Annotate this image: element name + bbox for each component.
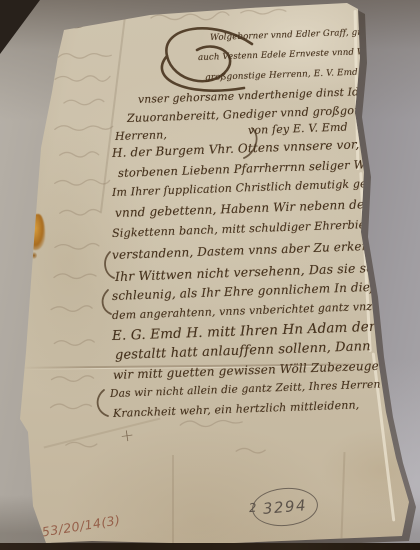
manuscript-paper: Wolgeborner vnnd Edler Graff, gnediger H…: [0, 0, 420, 550]
fold-crease-diagonal: [44, 418, 161, 448]
cross-mark: +: [119, 425, 136, 447]
archive-reference: 153/20/14(3): [32, 512, 121, 541]
fold-crease-vertical: [340, 452, 345, 538]
table-edge-shadow: [0, 543, 420, 550]
manuscript-line: Sigkettenn banch, mitt schuldiger Ehrerb…: [112, 217, 392, 240]
manuscript-line: Herrenn,: [115, 128, 167, 143]
fold-crease-vertical: [100, 15, 126, 214]
manuscript-line: Zuuoranbereitt, Gnediger vnnd großgonsti…: [127, 103, 390, 125]
fold-crease-vertical: [172, 455, 174, 543]
background-corner-shadow: [0, 0, 40, 54]
corner-folio-number: 30: [64, 9, 91, 30]
manuscript-line: auch Vestenn Edele Ernveste vnnd Wolgela…: [198, 46, 406, 63]
manuscript-line: Das wir nicht allein die gantz Zeitt, Ih…: [110, 379, 381, 400]
manuscript-line: schleunig, als Ihr Ehre gonnlichem In di…: [112, 279, 386, 303]
stamp-number: 3294: [262, 496, 308, 518]
manuscript-line: verstandenn, Dastem vnns aber Zu erkenne…: [112, 238, 393, 262]
manuscript-line: wir mitt guetten gewissen Wöll Zubezeuge…: [113, 358, 387, 382]
manuscript-line: Im Ihrer ſupplication Christlich demutig…: [112, 176, 398, 199]
manuscript-line: großgonstige Herrenn, E. V. Emd H. seind…: [205, 66, 403, 83]
wax-speck: [31, 252, 37, 259]
wax-seal-stain: [27, 214, 45, 250]
manuscript-line: von ſey E. V. Emd: [248, 121, 348, 137]
photo-of-manuscript: Wolgeborner vnnd Edler Graff, gnediger H…: [0, 0, 420, 550]
circled-number-stamp: 2 3294: [250, 485, 319, 529]
manuscript-line: Kranckheit wehr, ein hertzlich mittleide…: [113, 398, 360, 420]
manuscript-line: Wolgeborner vnnd Edler Graff, gnediger H…: [210, 26, 417, 43]
stamp-prefix-mark: 2: [248, 501, 257, 516]
